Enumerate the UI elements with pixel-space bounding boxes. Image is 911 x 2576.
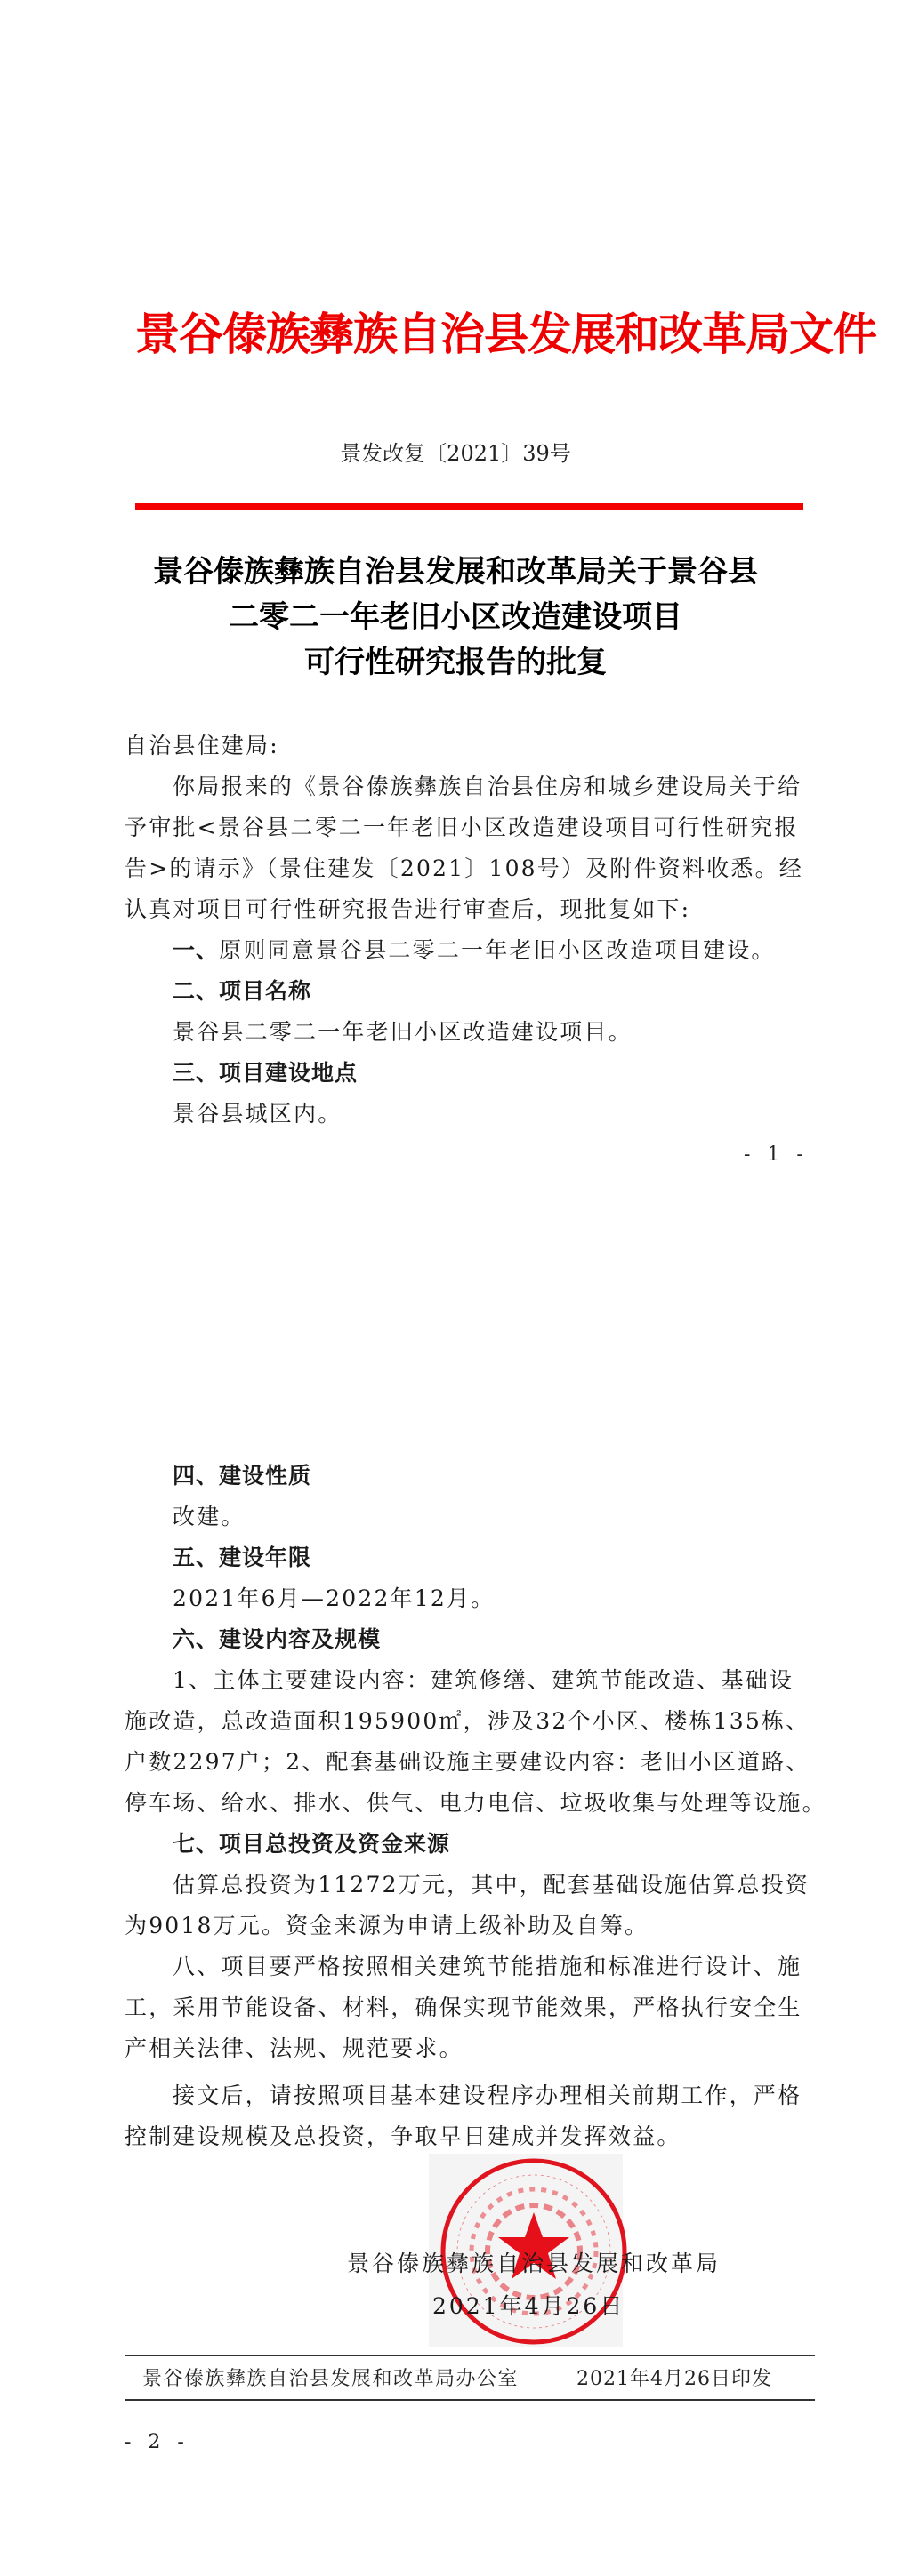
section-4-heading: 四、建设性质 (173, 1456, 311, 1497)
page-number-2: - 2 - (125, 2431, 189, 2453)
section-6-line-4: 停车场、给水、排水、供气、电力电信、垃圾收集与处理等设施。 (125, 1783, 826, 1824)
signature-date: 2021年4月26日 (432, 2289, 625, 2321)
section-5-heading: 五、建设年限 (173, 1537, 311, 1578)
section-6-line-3: 户数2297户；2、配套基础设施主要建设内容：老旧小区道路、 (125, 1742, 810, 1783)
section-6-line-2: 施改造，总改造面积195900㎡，涉及32个小区、楼栋135栋、 (125, 1701, 810, 1742)
intro-line-2: 予审批<景谷县二零二一年老旧小区改造建设项目可行性研究报 (125, 807, 799, 848)
item-1-text: 原则同意景谷县二零二一年老旧小区改造项目建设。 (219, 937, 776, 963)
section-8-line-1: 八、项目要严格按照相关建筑节能措施和标准进行设计、施 (173, 1946, 802, 1987)
red-divider (135, 503, 803, 510)
addressee: 自治县住建局: (125, 726, 279, 766)
issuer-title: 景谷傣族彝族自治县发展和改革局文件 (135, 302, 804, 366)
intro-line-1: 你局报来的《景谷傣族彝族自治县住房和城乡建设局关于给 (173, 766, 802, 807)
footer-top-rule (125, 2355, 815, 2356)
section-6-heading: 六、建设内容及规模 (173, 1619, 381, 1660)
section-8-line-3: 产相关法律、法规、规范要求。 (125, 2028, 464, 2069)
section-3-text: 景谷县城区内。 (173, 1094, 342, 1135)
closing-line-2: 控制建设规模及总投资，争取早日建成并发挥效益。 (125, 2116, 681, 2157)
intro-line-3: 告>的请示》（景住建发〔2021〕108号）及附件资料收悉。经 (125, 848, 803, 889)
intro-line-4: 认真对项目可行性研究报告进行审查后，现批复如下: (125, 889, 690, 930)
document-title-line-3: 可行性研究报告的批复 (107, 640, 804, 686)
section-8-line-2: 工，采用节能设备、材料，确保实现节能效果，严格执行安全生 (125, 1987, 802, 2028)
document-title-line-1: 景谷傣族彝族自治县发展和改革局关于景谷县 (107, 550, 804, 595)
footer-print-date: 2021年4月26日印发 (576, 2363, 772, 2391)
footer-bottom-rule (125, 2399, 815, 2401)
section-6-line-1: 1、主体主要建设内容：建筑修缮、建筑节能改造、基础设 (173, 1660, 794, 1701)
section-7-line-1: 估算总投资为11272万元，其中，配套基础设施估算总投资 (173, 1865, 810, 1906)
item-1-label: 一、 (173, 937, 219, 963)
section-7-line-2: 为9018万元。资金来源为申请上级补助及自筹。 (125, 1906, 649, 1946)
document-title: 景谷傣族彝族自治县发展和改革局关于景谷县 二零二一年老旧小区改造建设项目 可行性… (107, 550, 804, 686)
item-1: 一、原则同意景谷县二零二一年老旧小区改造项目建设。 (173, 930, 776, 971)
section-4-text: 改建。 (173, 1497, 246, 1537)
section-5-text: 2021年6月—2022年12月。 (173, 1578, 495, 1619)
document-title-line-2: 二零二一年老旧小区改造建设项目 (107, 595, 804, 640)
footer-office: 景谷傣族彝族自治县发展和改革局办公室 (142, 2363, 519, 2391)
signature-organization: 景谷傣族彝族自治县发展和改革局 (347, 2246, 721, 2278)
section-3-heading: 三、项目建设地点 (173, 1053, 358, 1094)
section-7-heading: 七、项目总投资及资金来源 (173, 1824, 450, 1865)
page-number-1: - 1 - (744, 1144, 809, 1166)
closing-line-1: 接文后，请按照项目基本建设程序办理相关前期工作，严格 (173, 2075, 802, 2116)
section-2-text: 景谷县二零二一年老旧小区改造建设项目。 (173, 1012, 633, 1053)
section-2-heading: 二、项目名称 (173, 971, 311, 1012)
document-number: 景发改复〔2021〕39号 (0, 436, 911, 467)
